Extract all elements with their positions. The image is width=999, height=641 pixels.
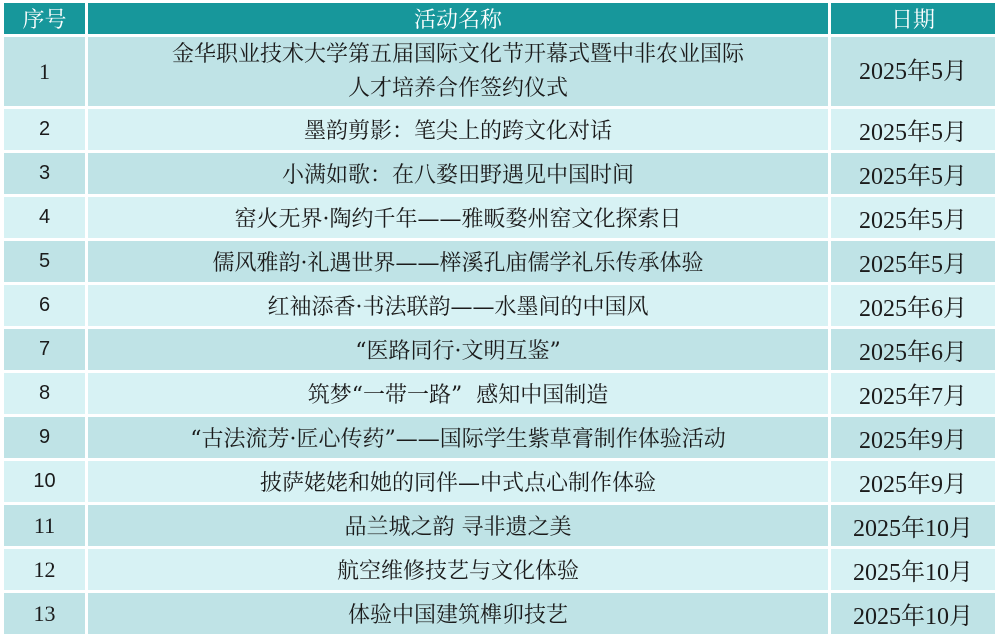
row-activity-name: 窑火无界·陶约千年——雅畈婺州窑文化探索日 <box>88 197 828 238</box>
row-activity-name-line2: 人才培养合作签约仪式 <box>88 72 828 106</box>
row-index: 3 <box>4 153 85 194</box>
row-date: 2025年9月 <box>831 417 995 458</box>
table-row: 6 红袖添香·书法联韵——水墨间的中国风 2025年6月 <box>4 285 995 326</box>
row-date: 2025年5月 <box>831 241 995 282</box>
row-date: 2025年5月 <box>831 197 995 238</box>
table-header-row: 序号 活动名称 日期 <box>4 3 995 34</box>
row-index: 1 <box>4 37 85 106</box>
row-activity-name: 金华职业技术大学第五届国际文化节开幕式暨中非农业国际 人才培养合作签约仪式 <box>88 37 828 106</box>
table-row: 13 体验中国建筑榫卯技艺 2025年10月 <box>4 593 995 634</box>
table-row: 12 航空维修技艺与文化体验 2025年10月 <box>4 549 995 590</box>
row-activity-name: 小满如歌：在八婺田野遇见中国时间 <box>88 153 828 194</box>
row-activity-name: 墨韵剪影：笔尖上的跨文化对话 <box>88 109 828 150</box>
row-index: 10 <box>4 461 85 502</box>
activities-table: 序号 活动名称 日期 1 金华职业技术大学第五届国际文化节开幕式暨中非农业国际 … <box>1 0 998 637</box>
row-date: 2025年6月 <box>831 285 995 326</box>
table-row: 1 金华职业技术大学第五届国际文化节开幕式暨中非农业国际 人才培养合作签约仪式 … <box>4 37 995 106</box>
row-date: 2025年10月 <box>831 593 995 634</box>
table-row: 8 筑梦“一带一路” 感知中国制造 2025年7月 <box>4 373 995 414</box>
table-row: 10 披萨姥姥和她的同伴—中式点心制作体验 2025年9月 <box>4 461 995 502</box>
row-index: 9 <box>4 417 85 458</box>
row-index: 7 <box>4 329 85 370</box>
row-date: 2025年6月 <box>831 329 995 370</box>
table-row: 7 “医路同行·文明互鉴” 2025年6月 <box>4 329 995 370</box>
table-row: 5 儒风雅韵·礼遇世界——榉溪孔庙儒学礼乐传承体验 2025年5月 <box>4 241 995 282</box>
row-date: 2025年7月 <box>831 373 995 414</box>
row-activity-name: 披萨姥姥和她的同伴—中式点心制作体验 <box>88 461 828 502</box>
column-header-date: 日期 <box>831 3 995 34</box>
table-row: 2 墨韵剪影：笔尖上的跨文化对话 2025年5月 <box>4 109 995 150</box>
row-date: 2025年5月 <box>831 37 995 106</box>
row-index: 11 <box>4 505 85 546</box>
row-index: 8 <box>4 373 85 414</box>
row-date: 2025年10月 <box>831 505 995 546</box>
row-activity-name: 儒风雅韵·礼遇世界——榉溪孔庙儒学礼乐传承体验 <box>88 241 828 282</box>
row-index: 4 <box>4 197 85 238</box>
row-activity-name-line1: 金华职业技术大学第五届国际文化节开幕式暨中非农业国际 <box>88 38 828 72</box>
row-activity-name: 筑梦“一带一路” 感知中国制造 <box>88 373 828 414</box>
row-activity-name: 航空维修技艺与文化体验 <box>88 549 828 590</box>
row-date: 2025年9月 <box>831 461 995 502</box>
row-index: 12 <box>4 549 85 590</box>
row-date: 2025年5月 <box>831 109 995 150</box>
row-date: 2025年5月 <box>831 153 995 194</box>
row-activity-name: “古法流芳·匠心传药”——国际学生紫草膏制作体验活动 <box>88 417 828 458</box>
table-row: 3 小满如歌：在八婺田野遇见中国时间 2025年5月 <box>4 153 995 194</box>
row-index: 13 <box>4 593 85 634</box>
row-activity-name: 红袖添香·书法联韵——水墨间的中国风 <box>88 285 828 326</box>
table-row: 4 窑火无界·陶约千年——雅畈婺州窑文化探索日 2025年5月 <box>4 197 995 238</box>
column-header-name: 活动名称 <box>88 3 828 34</box>
row-activity-name: 体验中国建筑榫卯技艺 <box>88 593 828 634</box>
row-date: 2025年10月 <box>831 549 995 590</box>
row-activity-name: 品兰城之韵 寻非遗之美 <box>88 505 828 546</box>
row-index: 5 <box>4 241 85 282</box>
table-row: 11 品兰城之韵 寻非遗之美 2025年10月 <box>4 505 995 546</box>
row-index: 6 <box>4 285 85 326</box>
table-row: 9 “古法流芳·匠心传药”——国际学生紫草膏制作体验活动 2025年9月 <box>4 417 995 458</box>
row-index: 2 <box>4 109 85 150</box>
column-header-index: 序号 <box>4 3 85 34</box>
row-activity-name: “医路同行·文明互鉴” <box>88 329 828 370</box>
